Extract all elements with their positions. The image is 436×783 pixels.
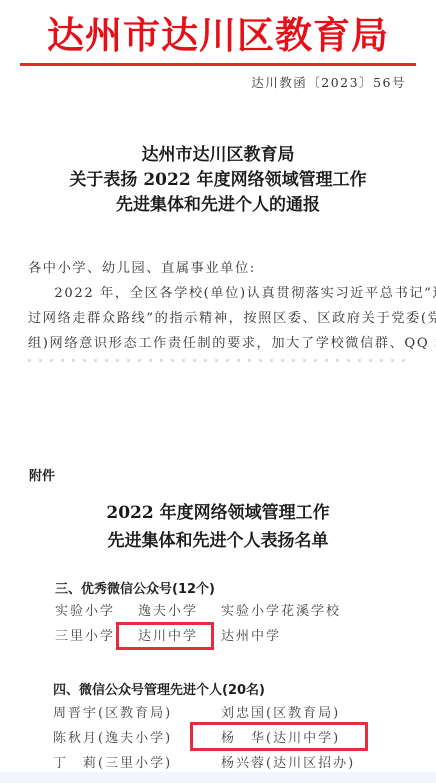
list-item: 实验小学 xyxy=(55,602,115,622)
list-item: 三里小学 xyxy=(55,627,115,647)
list-item: 逸夫小学 xyxy=(138,602,198,622)
notice-body: 各中小学、幼儿园、直属事业单位: 2022 年，全区各学校(单位)认真贯彻落实习… xyxy=(28,256,408,356)
list-title-line-2: 先进集体和先进个人表扬名单 xyxy=(0,527,436,555)
paragraph-line: 过网络走群众路线”的指示精神，按照区委、区政府关于党委(党 xyxy=(28,306,408,331)
list-item: 周晋宇(区教育局) xyxy=(53,704,172,724)
red-divider xyxy=(20,63,416,66)
list-item: 达州中学 xyxy=(221,627,281,647)
highlight-box xyxy=(190,722,368,751)
list-item: 刘忠国(区教育局) xyxy=(221,704,340,724)
cropped-text-line xyxy=(28,359,408,362)
notice-title: 达州市达川区教育局 关于表扬 2022 年度网络领域管理工作 先进集体和先进个人… xyxy=(0,143,436,218)
paragraph-line: 组)网络意识形态工作责任制的要求，加大了学校微信群、QQ 群 xyxy=(28,331,408,356)
list-item: 实验小学花溪学校 xyxy=(221,602,341,622)
attachment-label: 附件 xyxy=(29,465,55,484)
notice-title-line-3: 先进集体和先进个人的通报 xyxy=(0,193,436,218)
list-title: 2022 年度网络领域管理工作 先进集体和先进个人表扬名单 xyxy=(0,499,436,555)
highlight-box xyxy=(116,622,214,650)
paragraph-line: 2022 年，全区各学校(单位)认真贯彻落实习近平总书记“通 xyxy=(28,281,408,306)
list-item: 丁 莉(三里小学) xyxy=(53,754,172,774)
notice-title-line-1: 达州市达川区教育局 xyxy=(0,143,436,168)
notice-title-line-2: 关于表扬 2022 年度网络领域管理工作 xyxy=(0,168,436,193)
organization-header: 达州市达川区教育局 xyxy=(0,12,436,58)
list-title-line-1: 2022 年度网络领域管理工作 xyxy=(0,499,436,527)
bottom-strip xyxy=(0,772,436,783)
document-number: 达川教函〔2023〕56号 xyxy=(251,73,406,91)
list-item: 杨兴蓉(达川区招办) xyxy=(221,754,355,774)
list-item: 陈秋月(逸夫小学) xyxy=(53,729,172,749)
section-4-heading: 四、微信公众号管理先进个人(20名) xyxy=(53,679,265,698)
section-3-heading: 三、优秀微信公众号(12个) xyxy=(55,578,215,597)
salutation: 各中小学、幼儿园、直属事业单位: xyxy=(28,256,408,281)
